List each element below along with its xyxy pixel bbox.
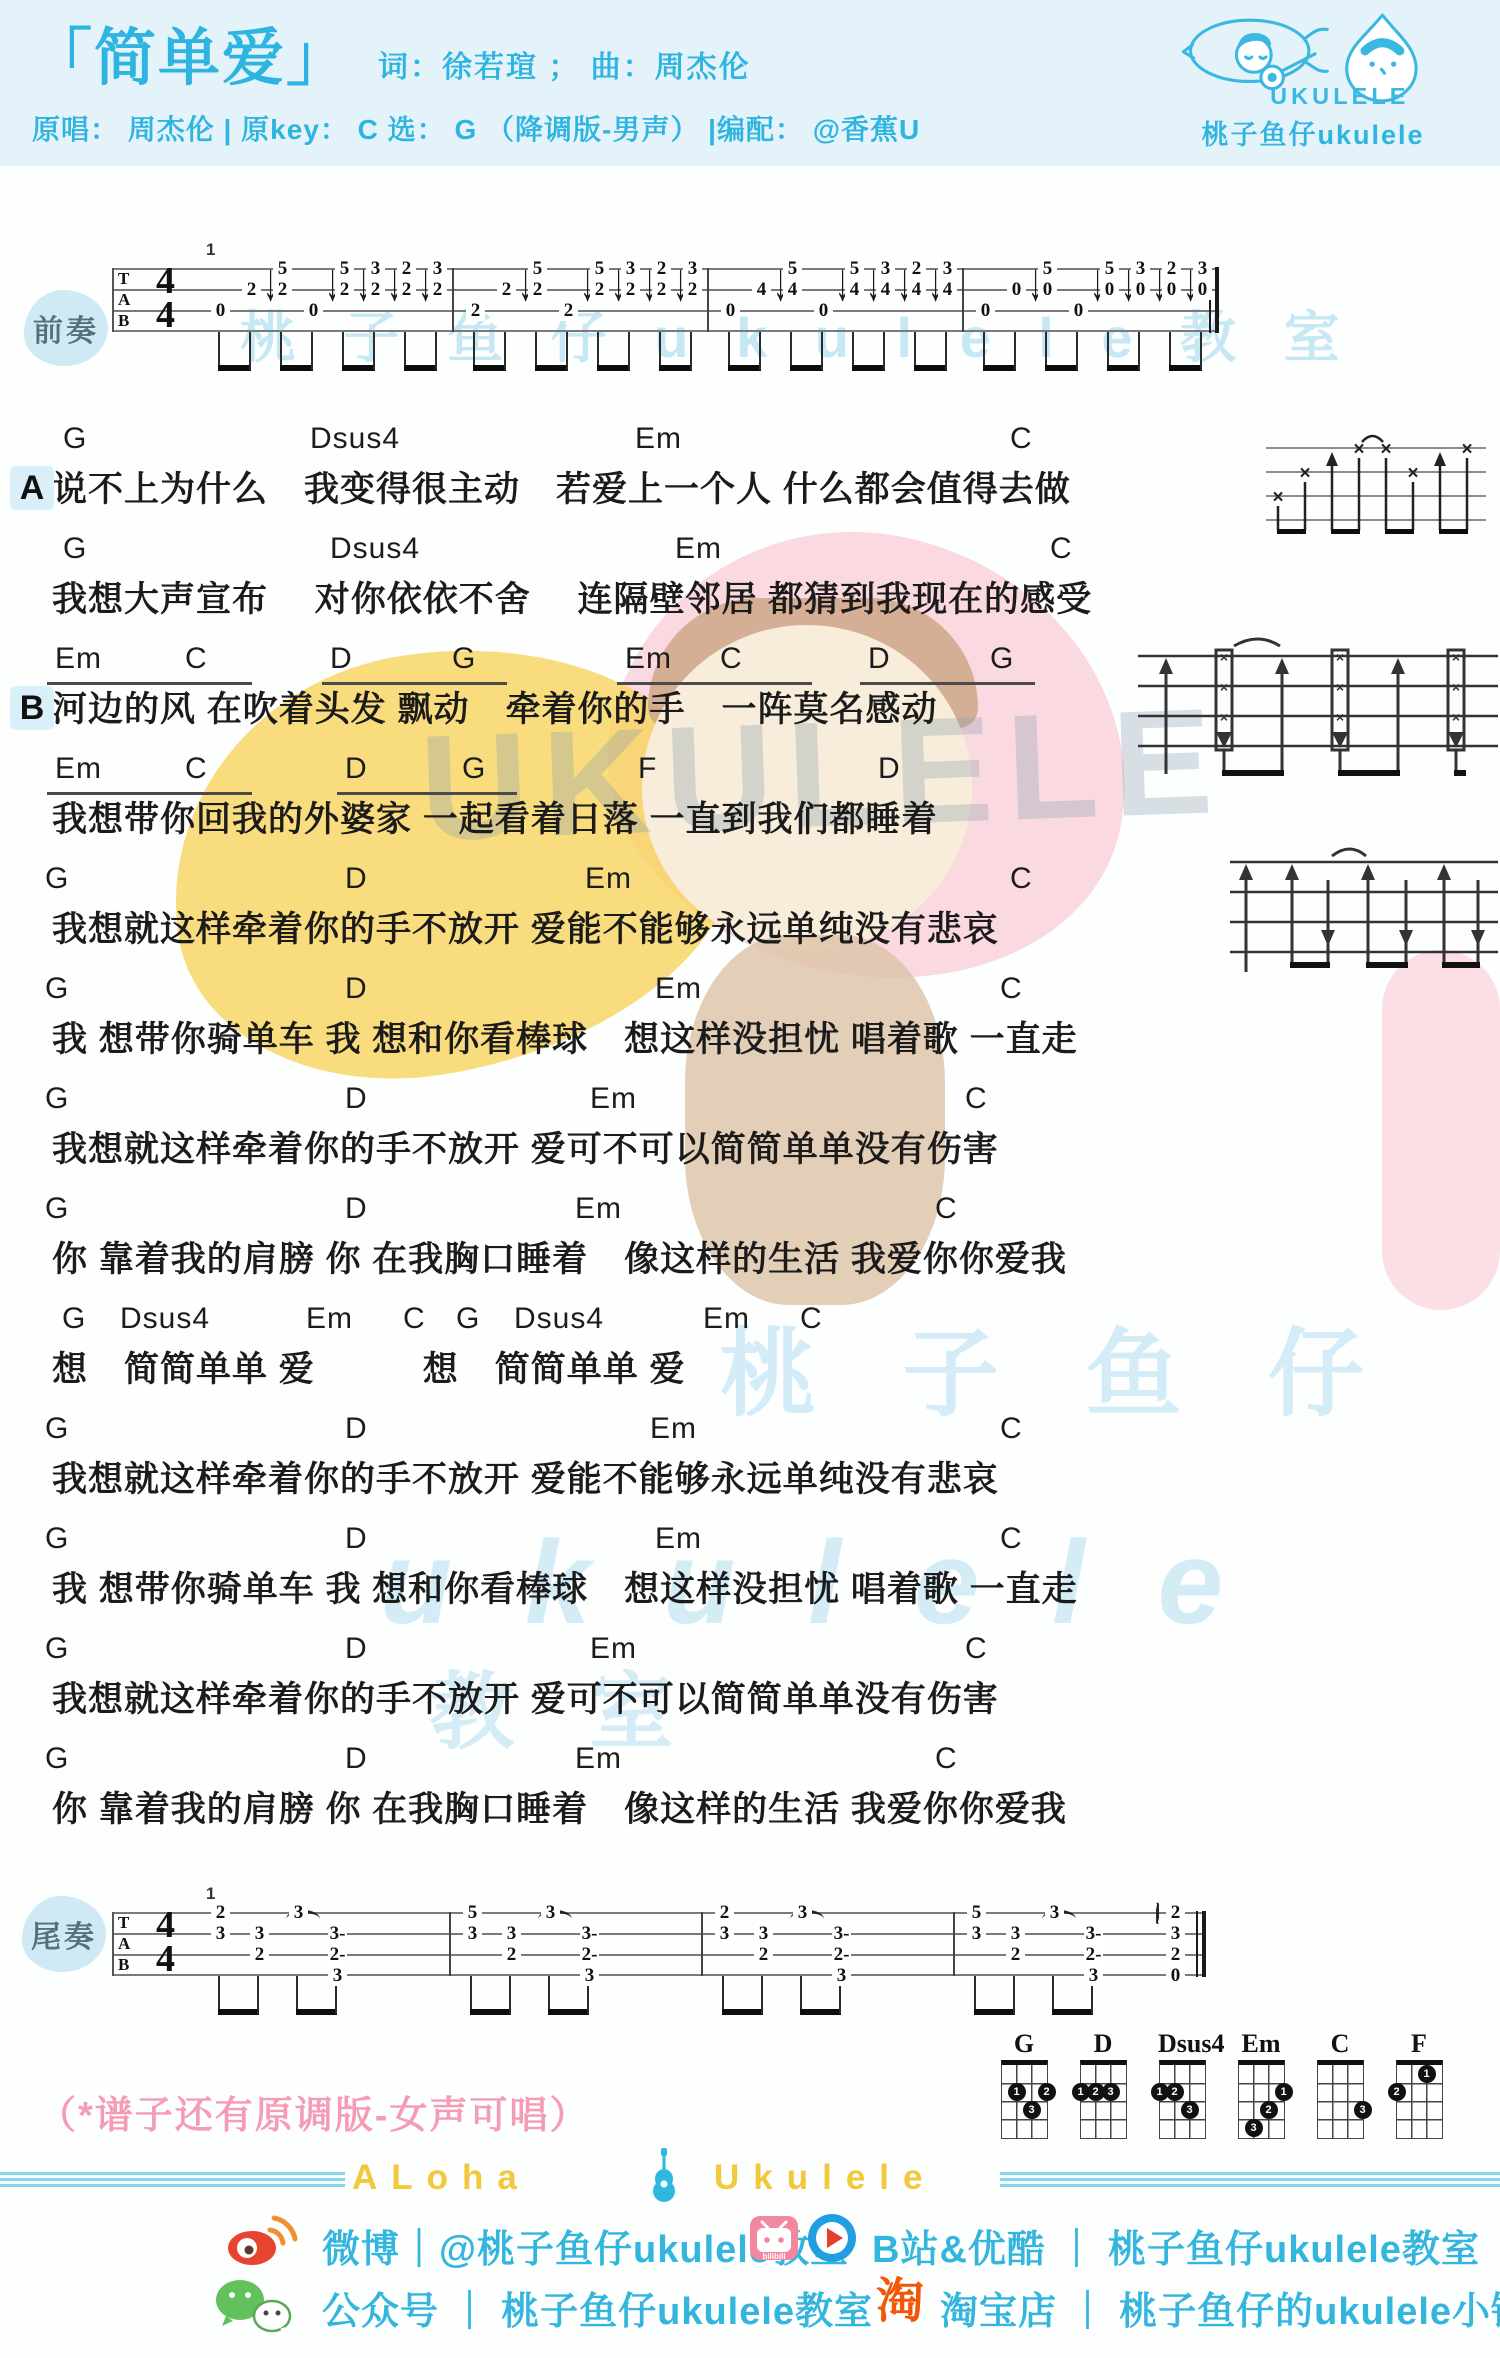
note-beam (722, 2009, 763, 2015)
tab-note: ↓ 3 4 (931, 268, 962, 332)
note-beam (296, 2009, 337, 2015)
section-label: B (10, 686, 54, 730)
ukulele-icon (648, 2146, 680, 2209)
chord-diagram-legend: G 1 2 3 D 1 (1000, 2028, 1443, 2139)
tab-note: ↓ 5 0 (1093, 268, 1124, 332)
chord-label: C (1010, 862, 1033, 896)
lyric-text: 我想大声宣布 对你依依不舍 连隔壁邻居 都猜到我现在的感受 (52, 572, 1500, 622)
note-stem (821, 332, 823, 370)
finger-dot: 2 (1038, 2083, 1056, 2101)
chord-label: C (185, 752, 208, 786)
note-stem (504, 332, 506, 370)
tab-note: 2 3 (204, 1912, 235, 1976)
tab-note: 5 3 (960, 1912, 991, 1976)
arpeggio-icon: ~~~~ (1145, 1902, 1168, 1917)
chord-row: G D Em C (0, 1738, 1500, 1782)
tab-note: 2 3 2 0 ~~~~ (1159, 1912, 1201, 1976)
chord-diagram-label: C (1316, 2028, 1364, 2060)
lyric-text: 我想就这样牵着你的手不放开 爱能不能够永远单纯没有悲哀 (52, 902, 1500, 952)
tab-note: 0 (1000, 268, 1031, 332)
chord-label: G (62, 1302, 86, 1336)
song-line: G D Em C 你 靠着我的肩 (0, 1738, 1500, 1848)
tab-note: ↓ 5 2 (328, 268, 359, 332)
chord-row: G Dsus4 Em C G (0, 1298, 1500, 1342)
note-stem (1014, 332, 1016, 370)
chord-label: F (638, 752, 657, 786)
taobao-shop: 淘宝店 ｜ 桃子鱼仔的ukulele小铺 (940, 2280, 1500, 2335)
tab-note: ↓ 2 0 (1155, 268, 1186, 332)
tab-note: 2 3 (708, 1912, 739, 1976)
finger-dot: 3 (1023, 2101, 1041, 2119)
chord-row: G Dsus4 Em C (0, 418, 1500, 462)
tab-note: ↓ 5 2 (583, 268, 614, 332)
chord-label: G (45, 1632, 69, 1666)
chord-label: G (45, 1192, 69, 1226)
fretboard-grid: 1 2 3 (1080, 2060, 1127, 2139)
song-credits: 词：徐若瑄 ； 曲：周杰伦 (378, 42, 751, 92)
note-beam (659, 365, 692, 371)
tab-note: ↓ 3 2 (676, 268, 707, 332)
song-line: G D Em C 我想就这样牵着 (0, 1628, 1500, 1738)
chord-label: Em (675, 532, 722, 566)
bilibili-icon: bilibili (748, 2212, 800, 2269)
chord-label: Em (703, 1302, 750, 1336)
final-barline (1196, 1911, 1206, 1977)
note-stem (945, 332, 947, 370)
finger-dot: 3 (1245, 2119, 1263, 2137)
tab-measure: 0 4 (709, 268, 964, 332)
youku-icon (806, 2212, 858, 2269)
chord-label: Dsus4 (514, 1302, 604, 1336)
tie-icon (208, 266, 242, 281)
chord-label: Em (590, 1632, 637, 1666)
lyric-text: 说不上为什么 我变得很主动 若爱上一个人 什么都会值得去做 (52, 462, 1500, 512)
chord-label: G (990, 642, 1014, 676)
chord-label: Em (655, 972, 702, 1006)
song-line: G D Em C 我想就这样牵着 (0, 858, 1500, 968)
outro-tab-staff: TAB 44 1 2 3 (112, 1912, 1204, 1976)
tab-note: ↓ 3 0 (1124, 268, 1155, 332)
chord-label: C (965, 1082, 988, 1116)
lyrics-section: G Dsus4 Em C A 说不 (0, 418, 1500, 1848)
tab-note: ↓ 5 2 (266, 268, 297, 332)
svg-text:bilibili: bilibili (762, 2252, 785, 2261)
song-line: G Dsus4 Em C A 说不 (0, 418, 1500, 528)
note-beam (470, 2009, 511, 2015)
footnote: （*谱子还有原调版-女声可唱） (38, 2084, 589, 2139)
tie-icon (463, 266, 497, 281)
chord-label: G (462, 752, 486, 786)
lyric-text: 河边的风 在吹着头发 飘动 牵着你的手 一阵莫名感动 (52, 682, 1500, 732)
chord-label: C (935, 1742, 958, 1776)
tab-note: 3 2 (243, 1912, 274, 1976)
fretboard-grid: 1 2 (1396, 2060, 1443, 2139)
note-stem (249, 332, 251, 370)
chord-row: G D Em C (0, 858, 1500, 902)
song-title: 「简单爱」 (30, 26, 350, 92)
chord-diagram: G 1 2 3 (1000, 2028, 1048, 2139)
tab-note: 2 (490, 268, 521, 332)
tie-icon (1066, 266, 1100, 281)
tab-note: 3 2 (747, 1912, 778, 1976)
note-beam (548, 2009, 589, 2015)
chord-label: G (452, 642, 476, 676)
note-stem (566, 332, 568, 370)
chord-label: Em (590, 1082, 637, 1116)
section-label: A (10, 466, 54, 510)
tab-note: ⌢ 3 (282, 1912, 313, 1976)
song-meta: 原唱： 周杰伦 | 原key： C 选： G （降调版-男声） |编配： @香蕉… (32, 108, 920, 148)
finger-dot: 1 (1418, 2065, 1436, 2083)
tab-note: ↓ 5 0 (1031, 268, 1062, 332)
chord-label: C (720, 642, 743, 676)
tab-clef: TAB (118, 1912, 130, 1975)
fish-peach-logo-icon: UKULELE (1179, 10, 1447, 108)
chord-diagram: D 1 2 3 (1079, 2028, 1127, 2139)
chord-row: G D Em C (0, 1408, 1500, 1452)
fretboard-grid: 1 2 3 (1238, 2060, 1285, 2139)
chord-label: D (330, 642, 353, 676)
chord-label: G (45, 1522, 69, 1556)
tab-note: 0 (204, 268, 235, 332)
note-beam (852, 365, 885, 371)
finger-dot: 2 (1166, 2083, 1184, 2101)
chord-label: C (185, 642, 208, 676)
chord-label: G (45, 1742, 69, 1776)
note-stem (883, 332, 885, 370)
chord-label: D (345, 1632, 368, 1666)
tab-measure: 0 0 (964, 268, 1219, 332)
chord-row: G D Em C (0, 1078, 1500, 1122)
chord-diagram-label: Em (1237, 2028, 1285, 2060)
tab-note: ↓ 2 2 (390, 268, 421, 332)
tab-note: 3-2-3 (573, 1912, 647, 1976)
note-beam (1052, 2009, 1093, 2015)
chord-label: C (1000, 972, 1023, 1006)
note-stem (690, 332, 692, 370)
tab-note: 0 (297, 268, 328, 332)
time-signature: 44 (156, 264, 175, 332)
chord-label: G (45, 972, 69, 1006)
chord-label: G (63, 532, 87, 566)
note-beam (342, 365, 375, 371)
chord-diagram-label: F (1395, 2028, 1443, 2060)
note-beam (597, 365, 630, 371)
lyric-text: 我想就这样牵着你的手不放开 爱可不可以简简单单没有伤害 (52, 1672, 1500, 1722)
song-line: G D Em C 你 靠着我的肩 (0, 1188, 1500, 1298)
chord-label: G (45, 1082, 69, 1116)
song-line: G D Em C 我想就这样牵着 (0, 1408, 1500, 1518)
chord-label: C (1050, 532, 1073, 566)
lyric-text: 我 想带你骑单车 我 想和你看棒球 想这样没担忧 唱着歌 一直走 (52, 1562, 1500, 1612)
tab-note: ↓ 3 2 (421, 268, 452, 332)
chord-label: C (935, 1192, 958, 1226)
song-line: G Dsus4 Em C G (0, 1298, 1500, 1408)
tab-note: ↓ 2 4 (900, 268, 931, 332)
tab-note: 2 (235, 268, 266, 332)
finger-dot: 1 (1008, 2083, 1026, 2101)
tie-icon (811, 266, 845, 281)
note-stem (509, 1976, 511, 2014)
tab-note: ↓ 3 4 (869, 268, 900, 332)
note-stem (628, 332, 630, 370)
note-beam (974, 2009, 1015, 2015)
chord-label: D (345, 862, 368, 896)
chord-diagram-label: Dsus4 (1158, 2028, 1206, 2060)
tab-measure: 2 3 3 (199, 1912, 451, 1976)
tab-note: ⌢ 3 (786, 1912, 817, 1976)
aloha-text: ALoha (352, 2158, 531, 2198)
tab-note: 3-2-3 (825, 1912, 899, 1976)
chord-label: Dsus4 (330, 532, 420, 566)
tab-note: 2 (459, 268, 490, 332)
wechat-icon (210, 2276, 300, 2343)
tab-note: ↓ 3 2 (614, 268, 645, 332)
note-beam (218, 2009, 259, 2015)
chord-label: Em (306, 1302, 353, 1336)
chord-label: Dsus4 (310, 422, 400, 456)
tab-measure: 0 2 (199, 268, 454, 332)
chord-diagram: F 1 2 (1395, 2028, 1443, 2139)
chord-label: G (45, 862, 69, 896)
chord-label: Em (655, 1522, 702, 1556)
finger-dot: 1 (1275, 2083, 1293, 2101)
brand-logo: UKULELE 桃子鱼仔ukulele (1178, 10, 1448, 152)
fretboard-grid: 1 2 3 (1159, 2060, 1206, 2139)
note-stem (761, 1976, 763, 2014)
finger-dot: 2 (1388, 2083, 1406, 2101)
tab-note: 3 2 (495, 1912, 526, 1976)
note-beam (404, 365, 437, 371)
chord-row: G D Em C (0, 1628, 1500, 1672)
position-marker: 1 (206, 1884, 215, 1904)
note-beam (280, 365, 313, 371)
chord-label: Em (55, 642, 102, 676)
note-beam (473, 365, 506, 371)
note-stem (257, 1976, 259, 2014)
chord-label: D (868, 642, 891, 676)
tie-icon (301, 266, 335, 281)
chord-sheet-page: 桃 子 鱼 仔 u k u l e l e 教 室 UKULELE 桃 子 鱼 … (0, 0, 1500, 2358)
chord-row: Em C D G Em (0, 638, 1500, 682)
song-line: G D Em C 我想就这样牵着 (0, 1078, 1500, 1188)
song-line: G D Em C 我 想带你骑单 (0, 968, 1500, 1078)
chord-label: C (965, 1632, 988, 1666)
note-beam (800, 2009, 841, 2015)
song-line: Em C D G F (0, 748, 1500, 858)
note-beam (728, 365, 761, 371)
note-beam (218, 365, 251, 371)
aloha-text: Ukulele (714, 2158, 937, 2198)
tab-note: ↓ 5 2 (521, 268, 552, 332)
tab-note: 0 (969, 268, 1000, 332)
intro-tab-staff: TAB 44 1 0 (112, 268, 1217, 332)
chord-label: Dsus4 (120, 1302, 210, 1336)
chord-label: D (345, 752, 368, 786)
tab-measure: 2 3 3 (703, 1912, 955, 1976)
lyric-text: 想 简简单单 爱 想 简简单单 爱 (52, 1342, 1500, 1392)
finger-dot: 3 (1102, 2083, 1120, 2101)
chord-label: G (63, 422, 87, 456)
taobao-icon: 淘 (876, 2276, 924, 2328)
lyric-text: 我 想带你骑单车 我 想和你看棒球 想这样没担忧 唱着歌 一直走 (52, 1012, 1500, 1062)
song-line: G Dsus4 Em C 我想大 (0, 528, 1500, 638)
chord-label: D (345, 972, 368, 1006)
tie-icon (973, 266, 1007, 281)
chord-row: G Dsus4 Em C (0, 528, 1500, 572)
tie-icon (556, 266, 590, 281)
tab-note: 2 (552, 268, 583, 332)
chord-row: G D Em C (0, 968, 1500, 1012)
chord-label: Em (575, 1192, 622, 1226)
divider-stripes (1000, 2172, 1500, 2187)
tab-note: ↓ 5 4 (776, 268, 807, 332)
tie-icon (718, 266, 752, 281)
tab-note: 0 (807, 268, 838, 332)
chord-row: G D Em C (0, 1188, 1500, 1232)
tab-clef: TAB (118, 268, 130, 331)
fretboard-grid: 1 2 3 (1001, 2060, 1048, 2139)
tab-note: ↓ 5 4 (838, 268, 869, 332)
intro-measures: 0 2 (199, 268, 1219, 332)
time-signature: 44 (156, 1908, 175, 1976)
song-line: Em C D G Em (0, 638, 1500, 748)
chord-diagram: Em 1 2 3 (1237, 2028, 1285, 2139)
chord-label: C (1000, 1522, 1023, 1556)
chord-label: D (345, 1192, 368, 1226)
note-stem (759, 332, 761, 370)
position-marker: 1 (206, 240, 215, 260)
note-stem (1138, 332, 1140, 370)
fretboard-grid: 3 (1317, 2060, 1364, 2139)
chord-label: D (345, 1412, 368, 1446)
aloha-divider: ALoha Ukulele (0, 2156, 1500, 2204)
tab-note: 0 (1062, 268, 1093, 332)
chord-label: Em (575, 1742, 622, 1776)
chord-label: C (1000, 1412, 1023, 1446)
chord-label: D (345, 1082, 368, 1116)
chord-row: Em C D G F (0, 748, 1500, 792)
logo-word: UKULELE (1270, 83, 1409, 108)
tab-note: ↓ 3 2 (359, 268, 390, 332)
chord-label: C (403, 1302, 426, 1336)
tab-measure: 5 3 3 (451, 1912, 703, 1976)
finger-dot: 3 (1354, 2101, 1372, 2119)
lyric-text: 你 靠着我的肩膀 你 在我胸口睡着 像这样的生活 我爱你你爱我 (52, 1232, 1500, 1282)
chord-label: Em (635, 422, 682, 456)
chord-label: D (345, 1522, 368, 1556)
tab-note: 3-2-3 (1077, 1912, 1151, 1976)
video-channels: B站&优酷 ｜ 桃子鱼仔ukulele教室 (872, 2218, 1480, 2273)
note-beam (1045, 365, 1078, 371)
tab-note: 0 (714, 268, 745, 332)
tab-measure: 5 3 3 (955, 1912, 1207, 1976)
chord-diagram: C 3 (1316, 2028, 1364, 2139)
chord-label: Em (625, 642, 672, 676)
note-stem (435, 332, 437, 370)
tab-note: ⌢ 3 (1038, 1912, 1069, 1976)
note-beam (914, 365, 947, 371)
lyric-text: 你 靠着我的肩膀 你 在我胸口睡着 像这样的生活 我爱你你爱我 (52, 1782, 1500, 1832)
chord-label: D (345, 1742, 368, 1776)
tab-note: ⌢ 3 (534, 1912, 565, 1976)
tab-note: 3 2 (999, 1912, 1030, 1976)
chord-label: C (800, 1302, 823, 1336)
chord-diagram-label: D (1079, 2028, 1127, 2060)
note-stem (311, 332, 313, 370)
note-beam (1107, 365, 1140, 371)
tab-note: 5 3 (456, 1912, 487, 1976)
chord-label: G (456, 1302, 480, 1336)
logo-caption: 桃子鱼仔ukulele (1178, 113, 1448, 152)
note-stem (373, 332, 375, 370)
tab-note: 3-2-3 (321, 1912, 395, 1976)
chord-label: Em (585, 862, 632, 896)
weibo-icon (224, 2212, 302, 2273)
note-beam (790, 365, 823, 371)
outro-label: 尾奏 (22, 1896, 106, 1972)
note-stem (1200, 332, 1202, 370)
note-beam (535, 365, 568, 371)
song-line: G D Em C 我 想带你骑单 (0, 1518, 1500, 1628)
chord-label: D (878, 752, 901, 786)
tab-note: 4 (745, 268, 776, 332)
note-beam (983, 365, 1016, 371)
chord-diagram: Dsus4 1 2 3 (1158, 2028, 1206, 2139)
finger-dot: 3 (1181, 2101, 1199, 2119)
divider-stripes (0, 2172, 345, 2187)
note-beam (1169, 365, 1202, 371)
finger-dot: 2 (1260, 2101, 1278, 2119)
note-stem (1013, 1976, 1015, 2014)
chord-row: G D Em C (0, 1518, 1500, 1562)
lyric-text: 我想就这样牵着你的手不放开 爱能不能够永远单纯没有悲哀 (52, 1452, 1500, 1502)
lyric-text: 我想带你回我的外婆家 一起看着日落 一直到我们都睡着 (52, 792, 1500, 842)
chord-diagram-label: G (1000, 2028, 1048, 2060)
chord-label: G (45, 1412, 69, 1446)
tab-note: ↓ 2 2 (645, 268, 676, 332)
outro-measures: 2 3 3 (199, 1912, 1207, 1976)
lyric-text: 我想就这样牵着你的手不放开 爱可不可以简简单单没有伤害 (52, 1122, 1500, 1172)
chord-label: Em (55, 752, 102, 786)
intro-label: 前奏 (24, 290, 108, 366)
note-stem (1076, 332, 1078, 370)
chord-label: C (1010, 422, 1033, 456)
chord-label: Em (650, 1412, 697, 1446)
tab-measure: 2 2 (454, 268, 709, 332)
wechat-handle: 公众号 ｜ 桃子鱼仔ukulele教室 (322, 2280, 873, 2335)
